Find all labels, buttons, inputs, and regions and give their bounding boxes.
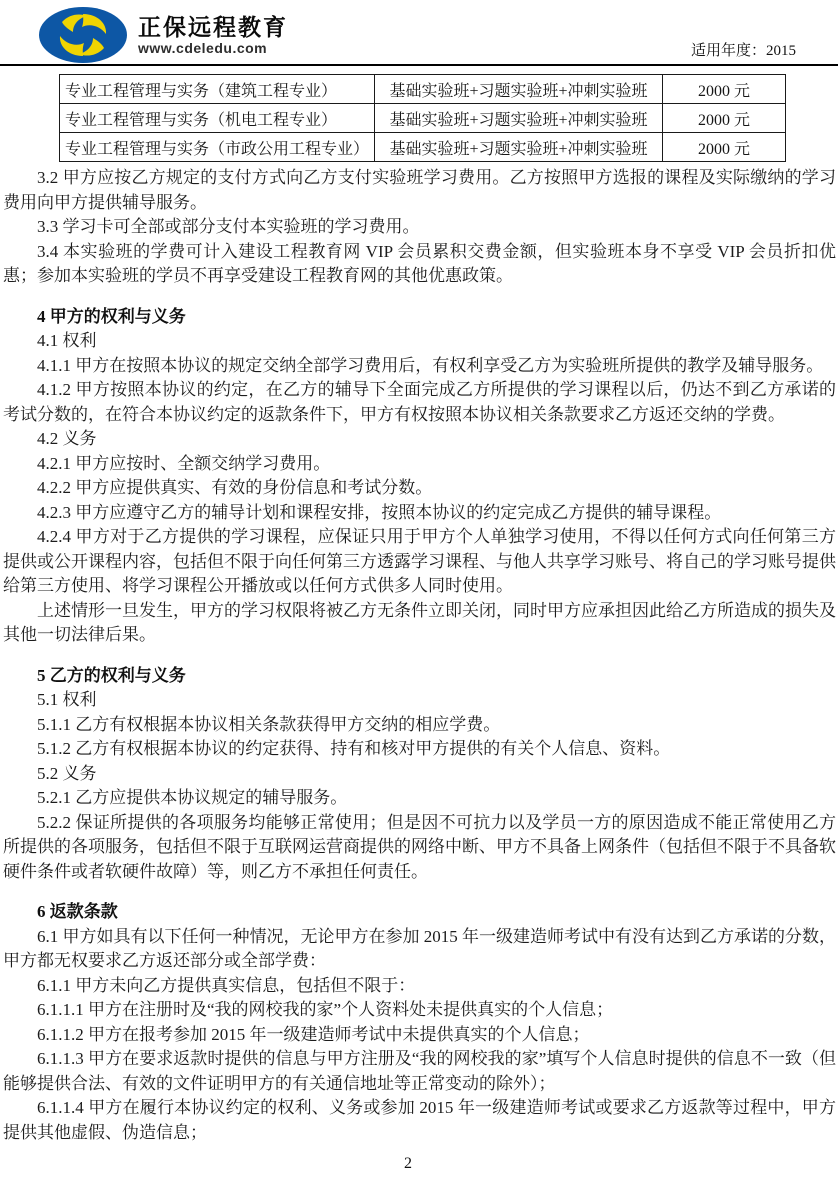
- clause-paragraph: 4.2.1 甲方应按时、全额交纳学习费用。: [3, 452, 836, 477]
- clause-paragraph: 6.1 甲方如具有以下任何一种情况，无论甲方在参加 2015 年一级建造师考试中…: [3, 925, 836, 974]
- page-header: 正保远程教育 www.cdeledu.com 适用年度：2015: [0, 0, 838, 66]
- clause-paragraph: 5.1.1 乙方有权根据本协议相关条款获得甲方交纳的相应学费。: [3, 713, 836, 738]
- section-heading: 5 乙方的权利与义务: [3, 664, 836, 689]
- clause-paragraph: 3.2 甲方应按乙方规定的支付方式向乙方支付实验班学习费用。乙方按照甲方选报的课…: [3, 166, 836, 215]
- clause-paragraph: 6.1.1.2 甲方在报考参加 2015 年一级建造师考试中未提供真实的个人信息…: [3, 1023, 836, 1048]
- clause-paragraph: 6.1.1.3 甲方在要求返款时提供的信息与甲方注册及“我的网校我的家”填写个人…: [3, 1047, 836, 1096]
- clause-paragraph: 4.2.3 甲方应遵守乙方的辅导计划和课程安排，按照本协议的约定完成乙方提供的辅…: [3, 501, 836, 526]
- clause-paragraph: 5.1.2 乙方有权根据本协议的约定获得、持有和核对甲方提供的有关个人信息、资料…: [3, 737, 836, 762]
- document-body: 3.2 甲方应按乙方规定的支付方式向乙方支付实验班学习费用。乙方按照甲方选报的课…: [3, 166, 836, 1145]
- clause-paragraph: 4.1 权利: [3, 329, 836, 354]
- section-heading: 6 返款条款: [3, 900, 836, 925]
- brand-website: www.cdeledu.com: [138, 40, 288, 57]
- clause-paragraph: 4.1.2 甲方按照本协议的约定，在乙方的辅导下全面完成乙方所提供的学习课程以后…: [3, 378, 836, 427]
- course-package-cell: 基础实验班+习题实验班+冲刺实验班: [375, 104, 663, 133]
- clause-paragraph: 3.4 本实验班的学费可计入建设工程教育网 VIP 会员累积交费金额，但实验班本…: [3, 240, 836, 289]
- clause-paragraph: 6.1.1.4 甲方在履行本协议约定的权利、义务或参加 2015 年一级建造师考…: [3, 1096, 836, 1145]
- course-price-cell: 2000 元: [663, 133, 786, 162]
- course-name-cell: 专业工程管理与实务（机电工程专业）: [60, 104, 375, 133]
- clause-paragraph: 4.2 义务: [3, 427, 836, 452]
- clause-paragraph: 6.1.1 甲方未向乙方提供真实信息，包括但不限于：: [3, 974, 836, 999]
- table-row: 专业工程管理与实务（机电工程专业） 基础实验班+习题实验班+冲刺实验班 2000…: [60, 104, 786, 133]
- clause-paragraph: 4.2.2 甲方应提供真实、有效的身份信息和考试分数。: [3, 476, 836, 501]
- section-3-payment: 3.2 甲方应按乙方规定的支付方式向乙方支付实验班学习费用。乙方按照甲方选报的课…: [3, 166, 836, 289]
- course-price-table: 专业工程管理与实务（建筑工程专业） 基础实验班+习题实验班+冲刺实验班 2000…: [59, 74, 786, 162]
- course-package-cell: 基础实验班+习题实验班+冲刺实验班: [375, 133, 663, 162]
- clause-paragraph: 5.2.1 乙方应提供本协议规定的辅导服务。: [3, 786, 836, 811]
- clause-paragraph: 5.2 义务: [3, 762, 836, 787]
- brand-swirl-icon: [38, 6, 128, 64]
- clause-paragraph: 6.1.1.1 甲方在注册时及“我的网校我的家”个人资料处未提供真实的个人信息；: [3, 998, 836, 1023]
- section-heading: 4 甲方的权利与义务: [3, 305, 836, 330]
- clause-paragraph: 3.3 学习卡可全部或部分支付本实验班的学习费用。: [3, 215, 836, 240]
- clause-paragraph: 4.2.4 甲方对于乙方提供的学习课程，应保证只用于甲方个人单独学习使用，不得以…: [3, 525, 836, 599]
- logo-text: 正保远程教育 www.cdeledu.com: [138, 14, 288, 57]
- section-4-party-a-rights: 4 甲方的权利与义务 4.1 权利 4.1.1 甲方在按照本协议的规定交纳全部学…: [3, 305, 836, 648]
- clause-paragraph: 上述情形一旦发生，甲方的学习权限将被乙方无条件立即关闭，同时甲方应承担因此给乙方…: [3, 599, 836, 648]
- clause-paragraph: 4.1.1 甲方在按照本协议的规定交纳全部学习费用后，有权利享受乙方为实验班所提…: [3, 354, 836, 379]
- clause-paragraph: 5.2.2 保证所提供的各项服务均能够正常使用；但是因不可抗力以及学员一方的原因…: [3, 811, 836, 885]
- table-row: 专业工程管理与实务（建筑工程专业） 基础实验班+习题实验班+冲刺实验班 2000…: [60, 75, 786, 104]
- clause-paragraph: 5.1 权利: [3, 688, 836, 713]
- company-logo: 正保远程教育 www.cdeledu.com: [38, 6, 288, 64]
- section-5-party-b-rights: 5 乙方的权利与义务 5.1 权利 5.1.1 乙方有权根据本协议相关条款获得甲…: [3, 664, 836, 885]
- course-price-cell: 2000 元: [663, 75, 786, 104]
- page-number: 2: [0, 1155, 816, 1173]
- table-row: 专业工程管理与实务（市政公用工程专业） 基础实验班+习题实验班+冲刺实验班 20…: [60, 133, 786, 162]
- course-price-cell: 2000 元: [663, 104, 786, 133]
- brand-name: 正保远程教育: [138, 14, 288, 40]
- course-package-cell: 基础实验班+习题实验班+冲刺实验班: [375, 75, 663, 104]
- course-name-cell: 专业工程管理与实务（市政公用工程专业）: [60, 133, 375, 162]
- section-6-refund-terms: 6 返款条款 6.1 甲方如具有以下任何一种情况，无论甲方在参加 2015 年一…: [3, 900, 836, 1145]
- course-name-cell: 专业工程管理与实务（建筑工程专业）: [60, 75, 375, 104]
- applicable-year-label: 适用年度：2015: [691, 39, 796, 60]
